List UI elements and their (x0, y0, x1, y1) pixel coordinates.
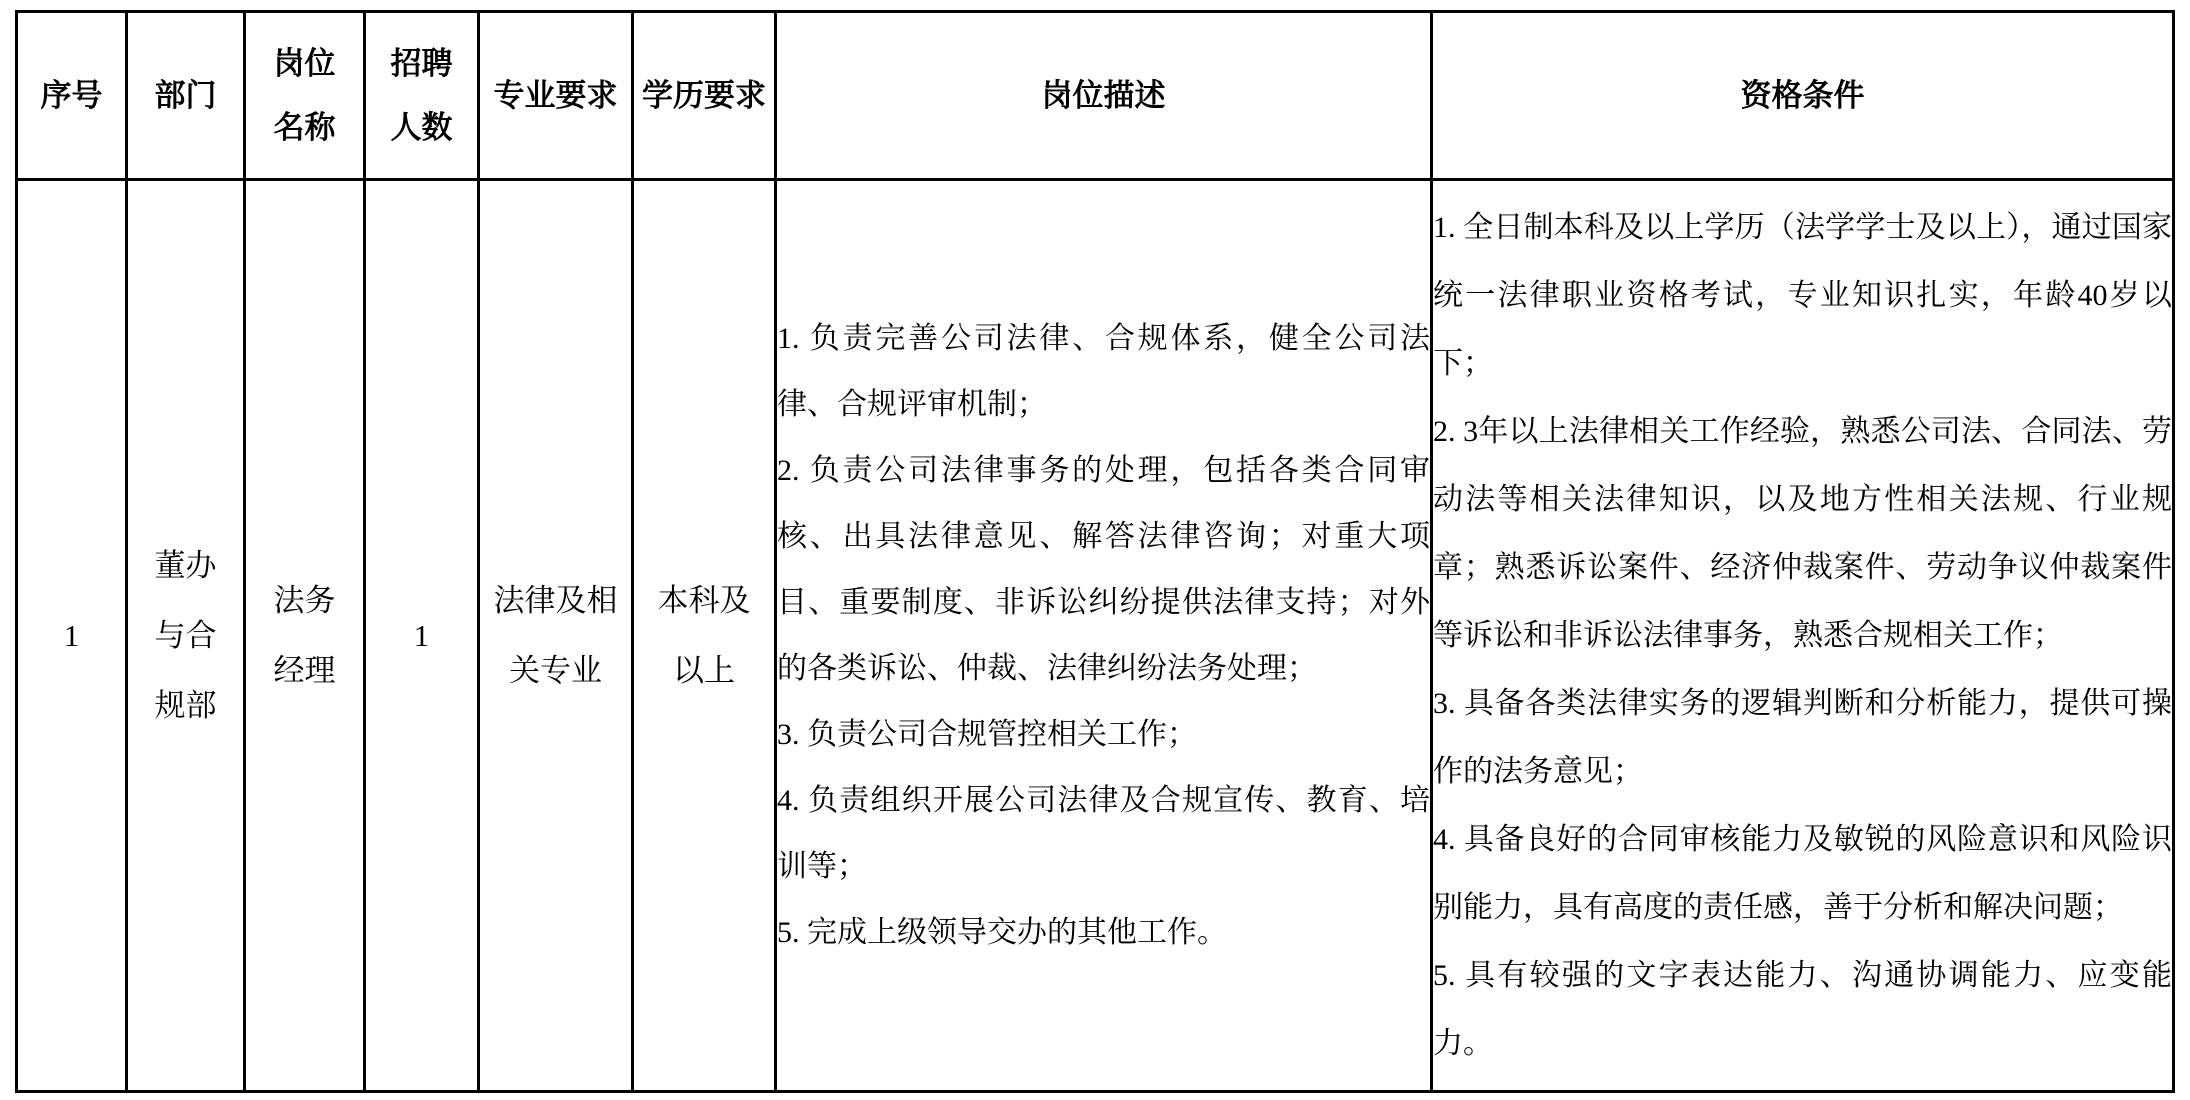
qualification-item-2: 2. 3年以上法律相关工作经验，熟悉公司法、合同法、劳动法等相关法律知识，以及地… (1433, 398, 2172, 670)
department-value: 董办与合规部 (153, 531, 219, 741)
recruitment-table: 序号 部门 岗位名称 招聘人数 专业要求 学历要求 岗位描述 (15, 10, 2175, 1093)
header-job-description-label: 岗位描述 (1042, 78, 1166, 113)
header-department-label: 部门 (155, 78, 217, 113)
cell-department: 董办与合规部 (127, 180, 245, 1092)
qualification-item-4: 4. 具备良好的合同审核能力及敏锐的风险意识和风险识别能力，具有高度的责任感，善… (1433, 806, 2172, 942)
position-name-value: 法务经理 (272, 566, 338, 706)
header-headcount-label: 招聘人数 (388, 32, 456, 160)
cell-major-requirement: 法律及相关专业 (479, 180, 633, 1092)
header-education-requirement: 学历要求 (633, 12, 776, 180)
job-description-item-5: 5. 完成上级领导交办的其他工作。 (777, 900, 1430, 966)
header-headcount: 招聘人数 (365, 12, 479, 180)
header-qualifications: 资格条件 (1432, 12, 2174, 180)
job-description-item-1: 1. 负责完善公司法律、合规体系，健全公司法律、合规评审机制； (777, 306, 1430, 438)
major-requirement-value: 法律及相关专业 (492, 566, 620, 706)
cell-position-name: 法务经理 (245, 180, 365, 1092)
header-major-requirement-label: 专业要求 (494, 78, 618, 113)
headcount-value: 1 (414, 618, 430, 653)
header-education-requirement-label: 学历要求 (642, 78, 766, 113)
seq-value: 1 (64, 618, 80, 653)
cell-education-requirement: 本科及以上 (633, 180, 776, 1092)
qualification-item-3: 3. 具备各类法律实务的逻辑判断和分析能力，提供可操作的法务意见； (1433, 670, 2172, 806)
header-position-name-label: 岗位名称 (271, 32, 339, 160)
header-seq: 序号 (17, 12, 127, 180)
table-row: 1 董办与合规部 法务经理 1 法律及相关专业 本科及以上 1. (17, 180, 2174, 1092)
cell-seq: 1 (17, 180, 127, 1092)
header-qualifications-label: 资格条件 (1741, 78, 1865, 113)
header-row: 序号 部门 岗位名称 招聘人数 专业要求 学历要求 岗位描述 (17, 12, 2174, 180)
cell-qualifications: 1. 全日制本科及以上学历（法学学士及以上），通过国家统一法律职业资格考试，专业… (1432, 180, 2174, 1092)
header-job-description: 岗位描述 (776, 12, 1432, 180)
cell-job-description: 1. 负责完善公司法律、合规体系，健全公司法律、合规评审机制； 2. 负责公司法… (776, 180, 1432, 1092)
job-description-item-4: 4. 负责组织开展公司法律及合规宣传、教育、培训等； (777, 768, 1430, 900)
header-seq-label: 序号 (41, 78, 103, 113)
job-description-item-3: 3. 负责公司合规管控相关工作； (777, 702, 1430, 768)
education-requirement-value: 本科及以上 (656, 566, 753, 706)
header-major-requirement: 专业要求 (479, 12, 633, 180)
qualification-item-1: 1. 全日制本科及以上学历（法学学士及以上），通过国家统一法律职业资格考试，专业… (1433, 194, 2172, 398)
header-department: 部门 (127, 12, 245, 180)
document-page: 序号 部门 岗位名称 招聘人数 专业要求 学历要求 岗位描述 (0, 0, 2190, 1100)
job-description-item-2: 2. 负责公司法律事务的处理，包括各类合同审核、出具法律意见、解答法律咨询；对重… (777, 438, 1430, 702)
qualification-item-5: 5. 具有较强的文字表达能力、沟通协调能力、应变能力。 (1433, 942, 2172, 1078)
header-position-name: 岗位名称 (245, 12, 365, 180)
cell-headcount: 1 (365, 180, 479, 1092)
